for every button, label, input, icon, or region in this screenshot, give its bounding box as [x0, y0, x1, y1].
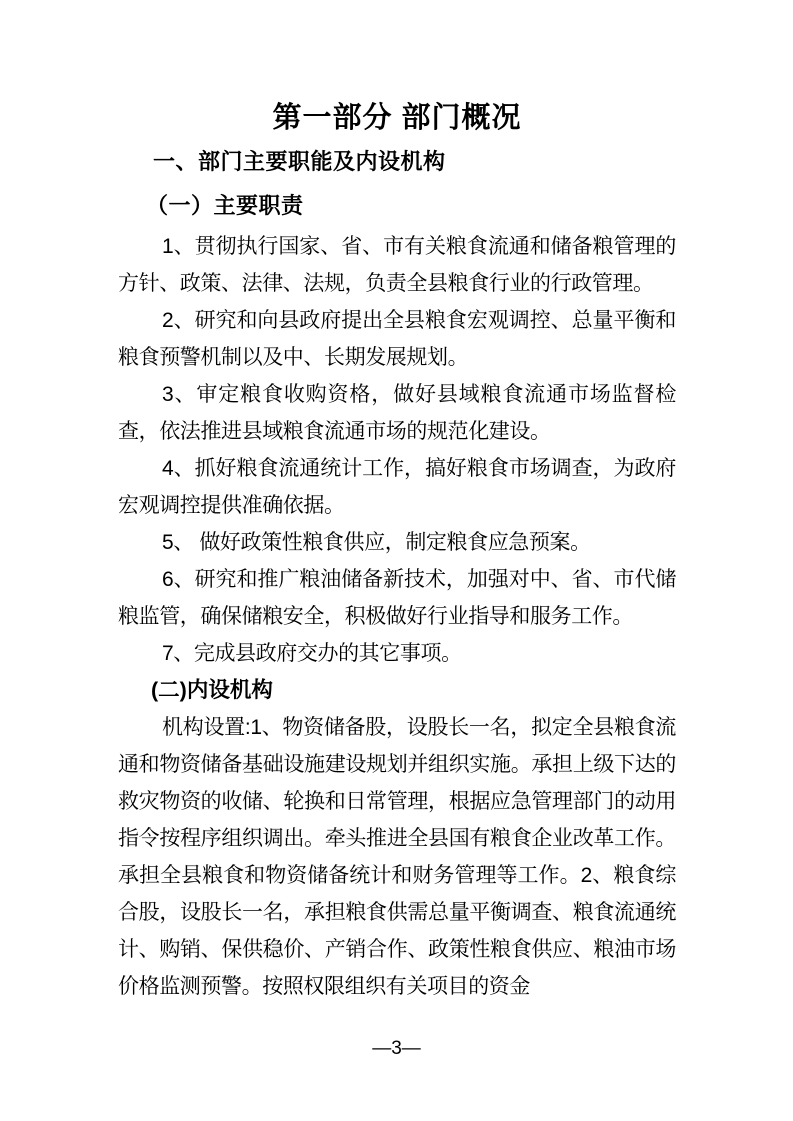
duty-paragraph-6: 6、研究和推广粮油储备新技术，加强对中、省、市代储粮监管，确保储粮安全，积极做好…	[118, 561, 676, 635]
duty-paragraph-1: 1、贯彻执行国家、省、市有关粮食流通和储备粮管理的方针、政策、法律、法规，负责全…	[118, 228, 676, 302]
duty-paragraph-7: 7、完成县政府交办的其它事项。	[118, 635, 676, 672]
subsection-heading-internal-org: (二)内设机构	[118, 672, 676, 709]
duty-paragraph-2: 2、研究和向县政府提出全县粮食宏观调控、总量平衡和粮食预警机制以及中、长期发展规…	[118, 302, 676, 376]
internal-org-paragraph: 机构设置:1、物资储备股，设股长一名，拟定全县粮食流通和物资储备基础设施建设规划…	[118, 709, 676, 1005]
page-title: 第一部分 部门概况	[118, 96, 676, 140]
document-page: 第一部分 部门概况 一、部门主要职能及内设机构 （一）主要职责 1、贯彻执行国家…	[0, 0, 793, 1121]
duty-paragraph-5: 5、 做好政策性粮食供应，制定粮食应急预案。	[118, 524, 676, 561]
duty-paragraph-4: 4、抓好粮食流通统计工作，搞好粮食市场调查，为政府宏观调控提供准确依据。	[118, 450, 676, 524]
document-content: 第一部分 部门概况 一、部门主要职能及内设机构 （一）主要职责 1、贯彻执行国家…	[118, 96, 676, 1005]
duty-paragraph-3: 3、审定粮食收购资格，做好县域粮食流通市场监督检查，依法推进县域粮食流通市场的规…	[118, 376, 676, 450]
page-number: —3—	[0, 1038, 793, 1060]
subsection-heading-duties: （一）主要职责	[118, 184, 676, 228]
section-heading-functions: 一、部门主要职能及内设机构	[118, 140, 676, 184]
